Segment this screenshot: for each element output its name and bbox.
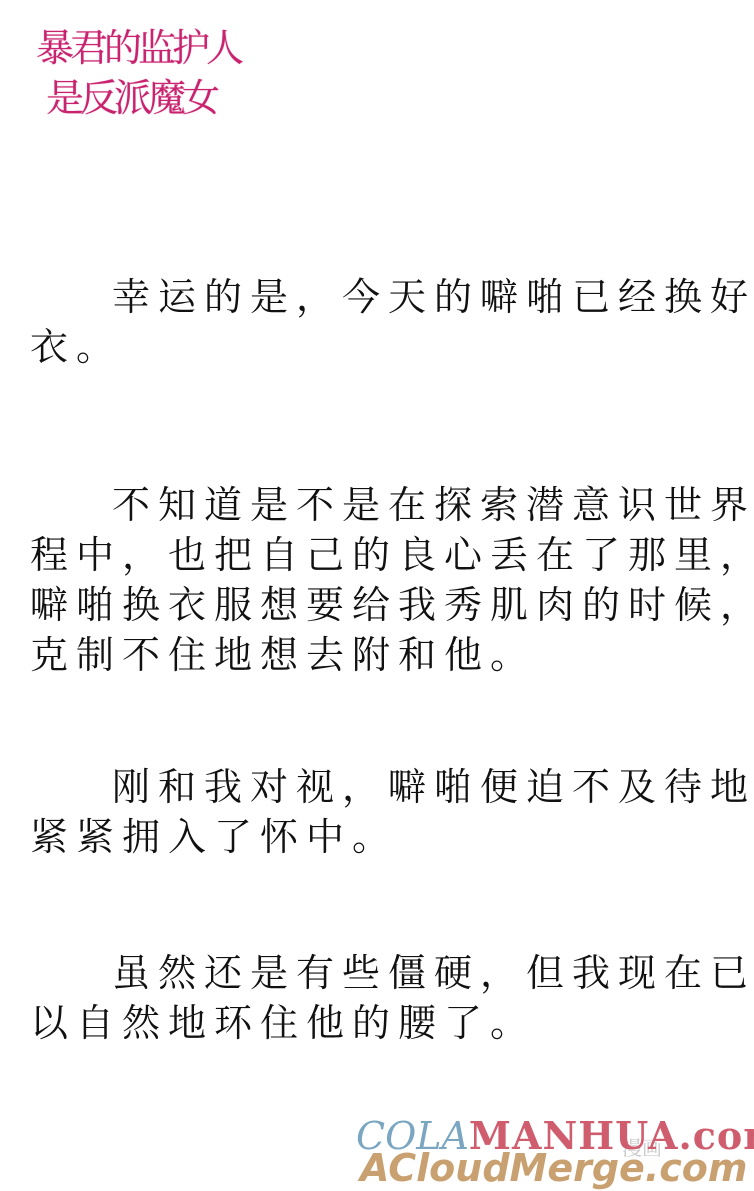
text-line: 虽然还是有些僵硬，但我现在已经可 [30,948,730,998]
logo-line-2: 是反派魔女 [46,78,216,118]
paragraph-1: 幸运的是，今天的噼啪已经换好了睡 衣。 [30,272,730,372]
text-line: 紧紧拥入了怀中。 [30,812,730,862]
text-line: 幸运的是，今天的噼啪已经换好了睡 [30,272,730,322]
text-line: 程中，也把自己的良心丢在了那里，每次 [30,530,730,580]
text-line: 噼啪换衣服想要给我秀肌肉的时候，我都 [30,580,730,630]
text-line: 以自然地环住他的腰了。 [30,998,730,1048]
text-line: 克制不住地想去附和他。 [30,630,730,680]
paragraph-3: 刚和我对视，噼啪便迫不及待地将我 紧紧拥入了怀中。 [30,762,730,862]
text-line: 刚和我对视，噼啪便迫不及待地将我 [30,762,730,812]
text-line: 不知道是不是在探索潜意识世界的过 [30,480,730,530]
comic-title-logo: 暴君的监护人 是反派魔女 [36,24,266,134]
paragraph-4: 虽然还是有些僵硬，但我现在已经可 以自然地环住他的腰了。 [30,948,730,1048]
paragraph-2: 不知道是不是在探索潜意识世界的过 程中，也把自己的良心丢在了那里，每次 噼啪换衣… [30,480,730,680]
text-line: 衣。 [30,322,730,372]
acloudmerge-watermark: ACloudMerge.com [360,1148,747,1188]
logo-line-1: 暴君的监护人 [36,28,240,68]
